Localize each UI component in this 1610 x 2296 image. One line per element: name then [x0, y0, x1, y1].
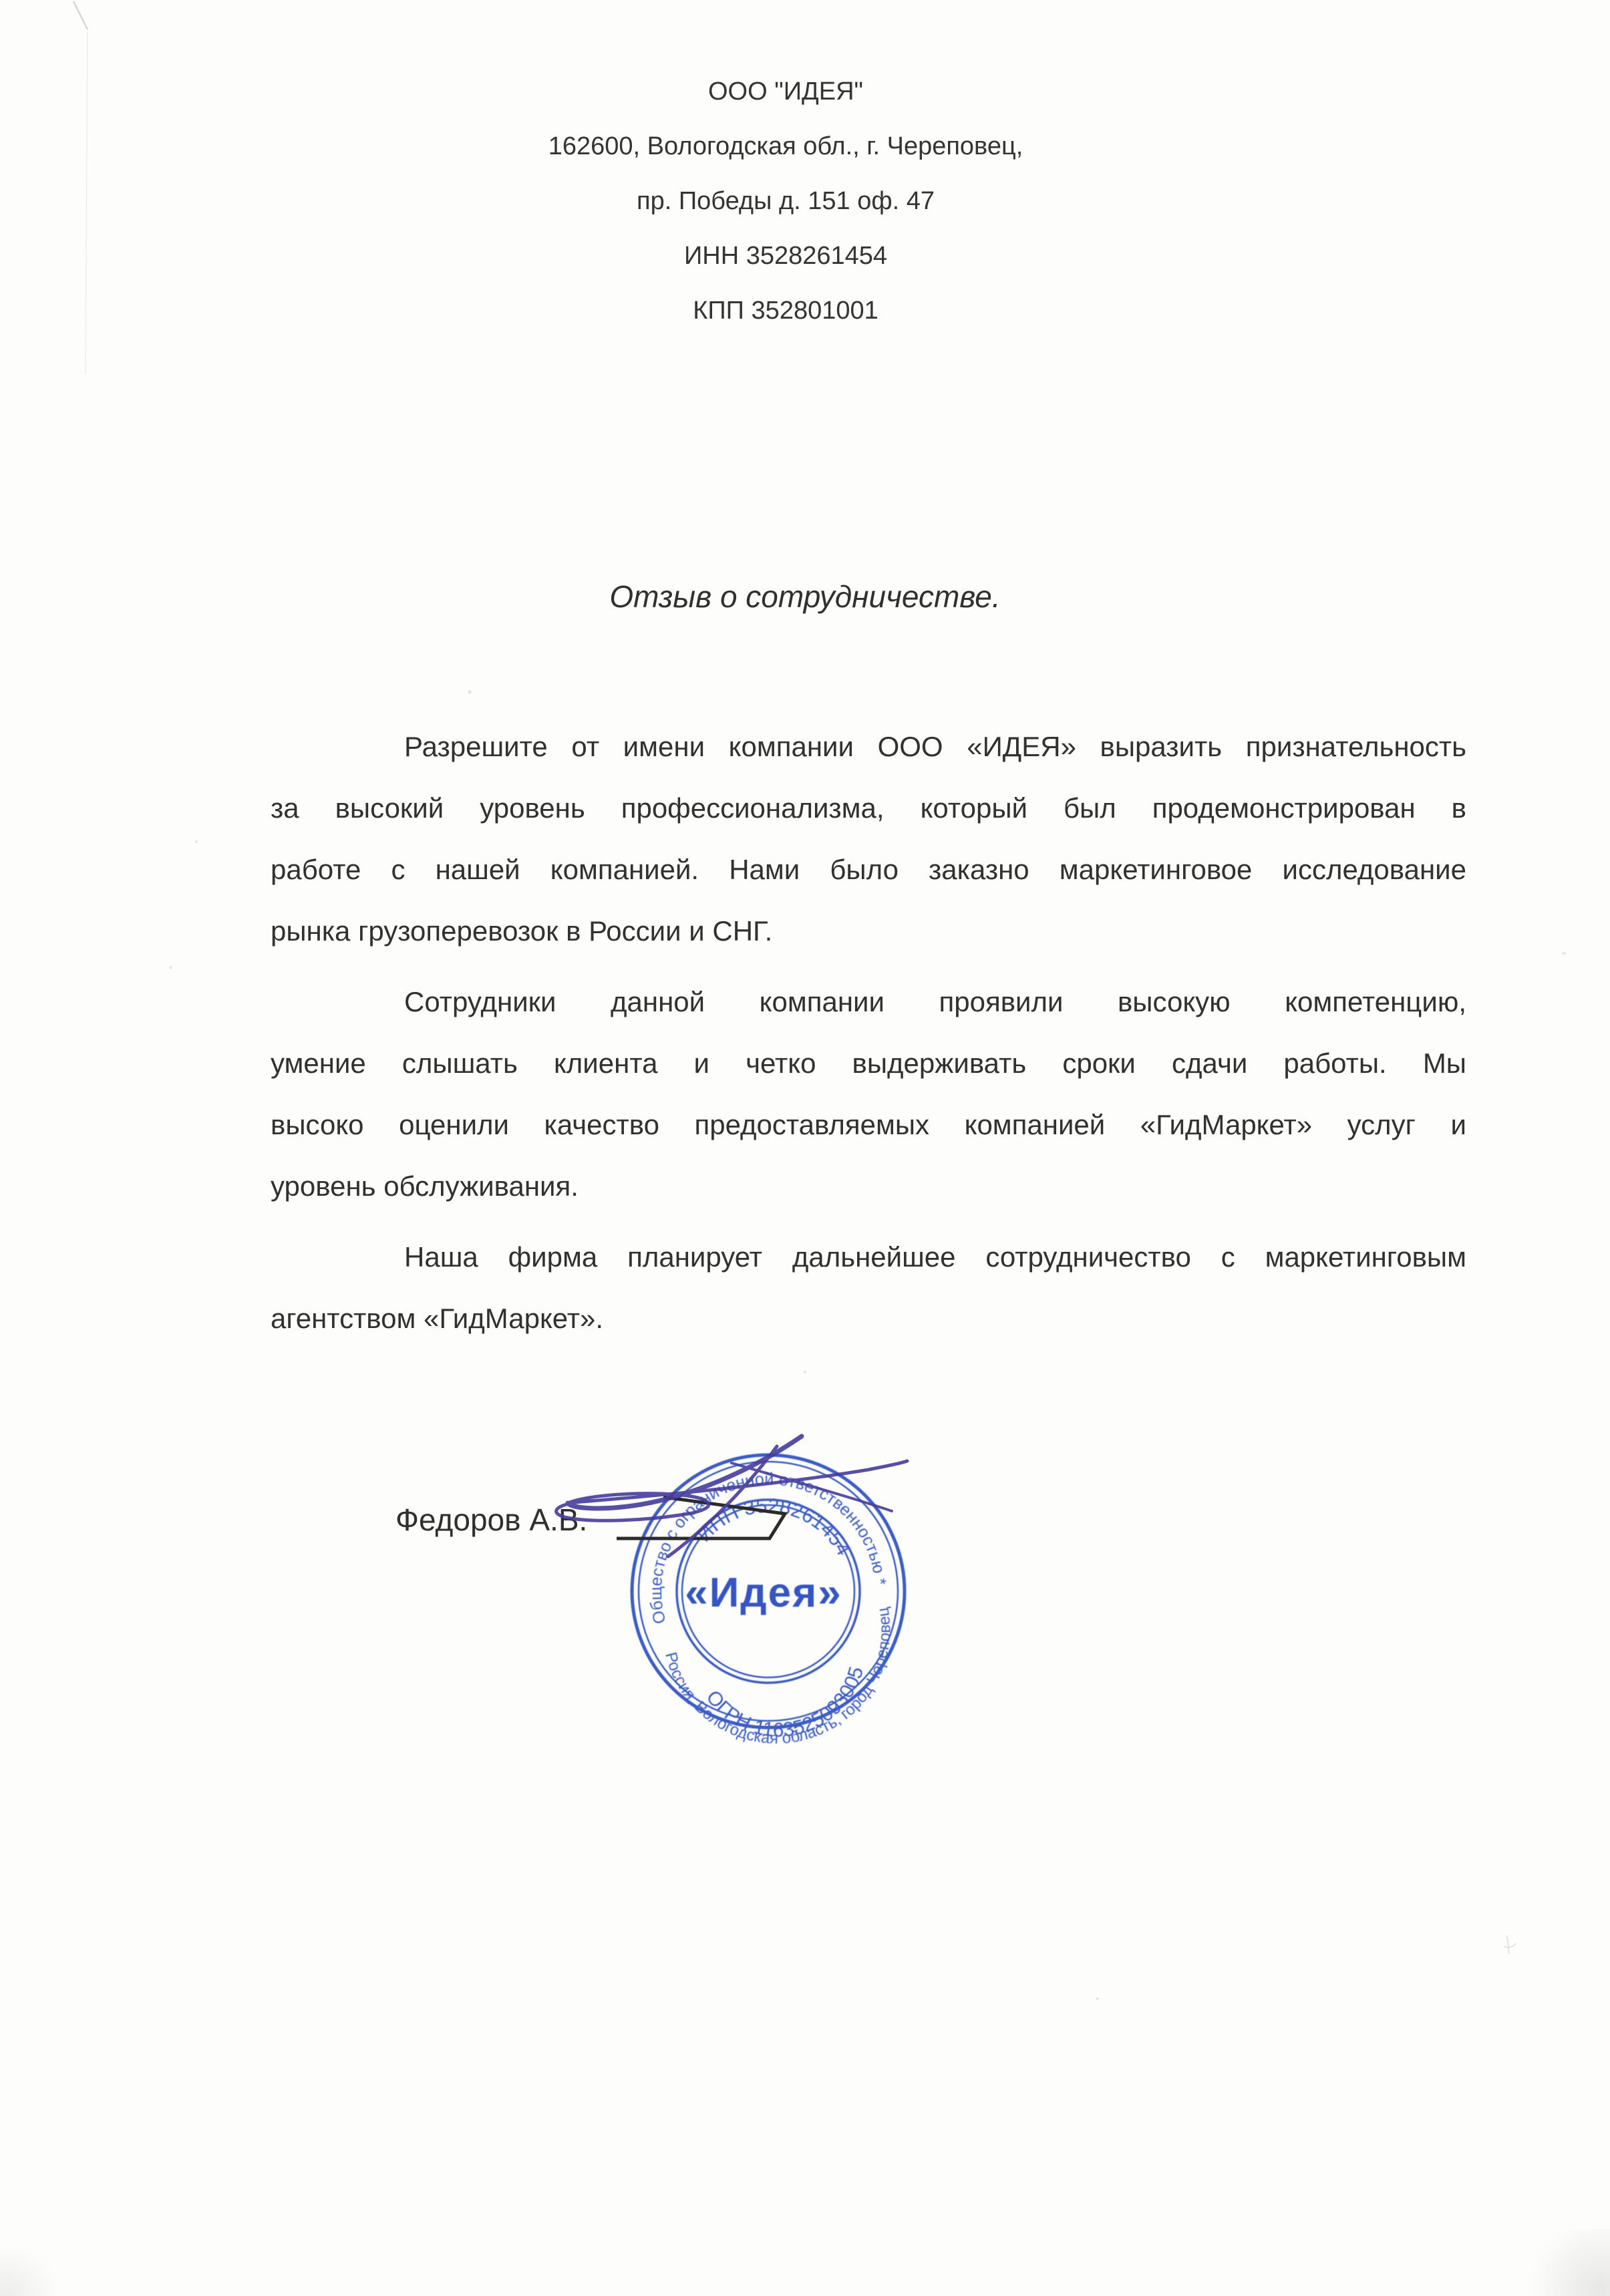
body-line: высоко оценили качество предоставляемых …: [271, 1094, 1466, 1156]
stamp-ring-text-bottom: Россия, Вологодская область, город Череп…: [661, 1605, 916, 1770]
letterhead-kpp: КПП 352801001: [460, 283, 1112, 338]
letterhead-inn: ИНН 3528261454: [460, 228, 1112, 283]
body-line: умение слышать клиента и четко выдержива…: [271, 1033, 1466, 1094]
body-line: уровень обслуживания.: [271, 1156, 1466, 1217]
body-line: за высокий уровень профессионализма, кот…: [271, 778, 1466, 839]
paragraph: Разрешите от имени компании ООО «ИДЕЯ» в…: [271, 716, 1466, 962]
paragraph: Наша фирма планирует дальнейшее сотрудни…: [271, 1226, 1466, 1349]
scan-speck: [1562, 952, 1566, 955]
scan-speck: [468, 690, 472, 694]
body-line: агентством «ГидМаркет».: [271, 1288, 1466, 1349]
scan-smudge: [1516, 2229, 1610, 2296]
document-title: Отзыв о сотрудничестве.: [0, 579, 1610, 615]
scan-speck: [804, 1371, 806, 1373]
letterhead-address-line2: пр. Победы д. 151 оф. 47: [460, 174, 1112, 228]
letterhead: ООО "ИДЕЯ" 162600, Вологодская обл., г. …: [460, 64, 1112, 338]
body-paragraphs: Разрешите от имени компании ООО «ИДЕЯ» в…: [271, 716, 1466, 1359]
body-line: Сотрудники данной компании проявили высо…: [271, 971, 1466, 1033]
scan-speck: [1096, 1997, 1099, 2000]
scan-speck: [169, 966, 172, 969]
scan-corner-mark: [0, 0, 134, 401]
body-line: Наша фирма планирует дальнейшее сотрудни…: [271, 1226, 1466, 1288]
scan-squiggle: [1500, 1934, 1520, 1961]
paragraph: Сотрудники данной компании проявили высо…: [271, 971, 1466, 1217]
body-line: работе с нашей компанией. Нами было зака…: [271, 839, 1466, 900]
scan-smudge: [0, 2249, 67, 2296]
scan-speck: [195, 840, 198, 843]
letterhead-address-line1: 162600, Вологодская обл., г. Череповец,: [460, 119, 1112, 174]
letterhead-company: ООО "ИДЕЯ": [460, 64, 1112, 119]
signature-overlay: [367, 1423, 969, 1610]
body-line: Разрешите от имени компании ООО «ИДЕЯ» в…: [271, 716, 1466, 778]
body-line: рынка грузоперевозок в России и СНГ.: [271, 900, 1466, 962]
scanned-letter-page: ООО "ИДЕЯ" 162600, Вологодская обл., г. …: [0, 0, 1610, 2296]
